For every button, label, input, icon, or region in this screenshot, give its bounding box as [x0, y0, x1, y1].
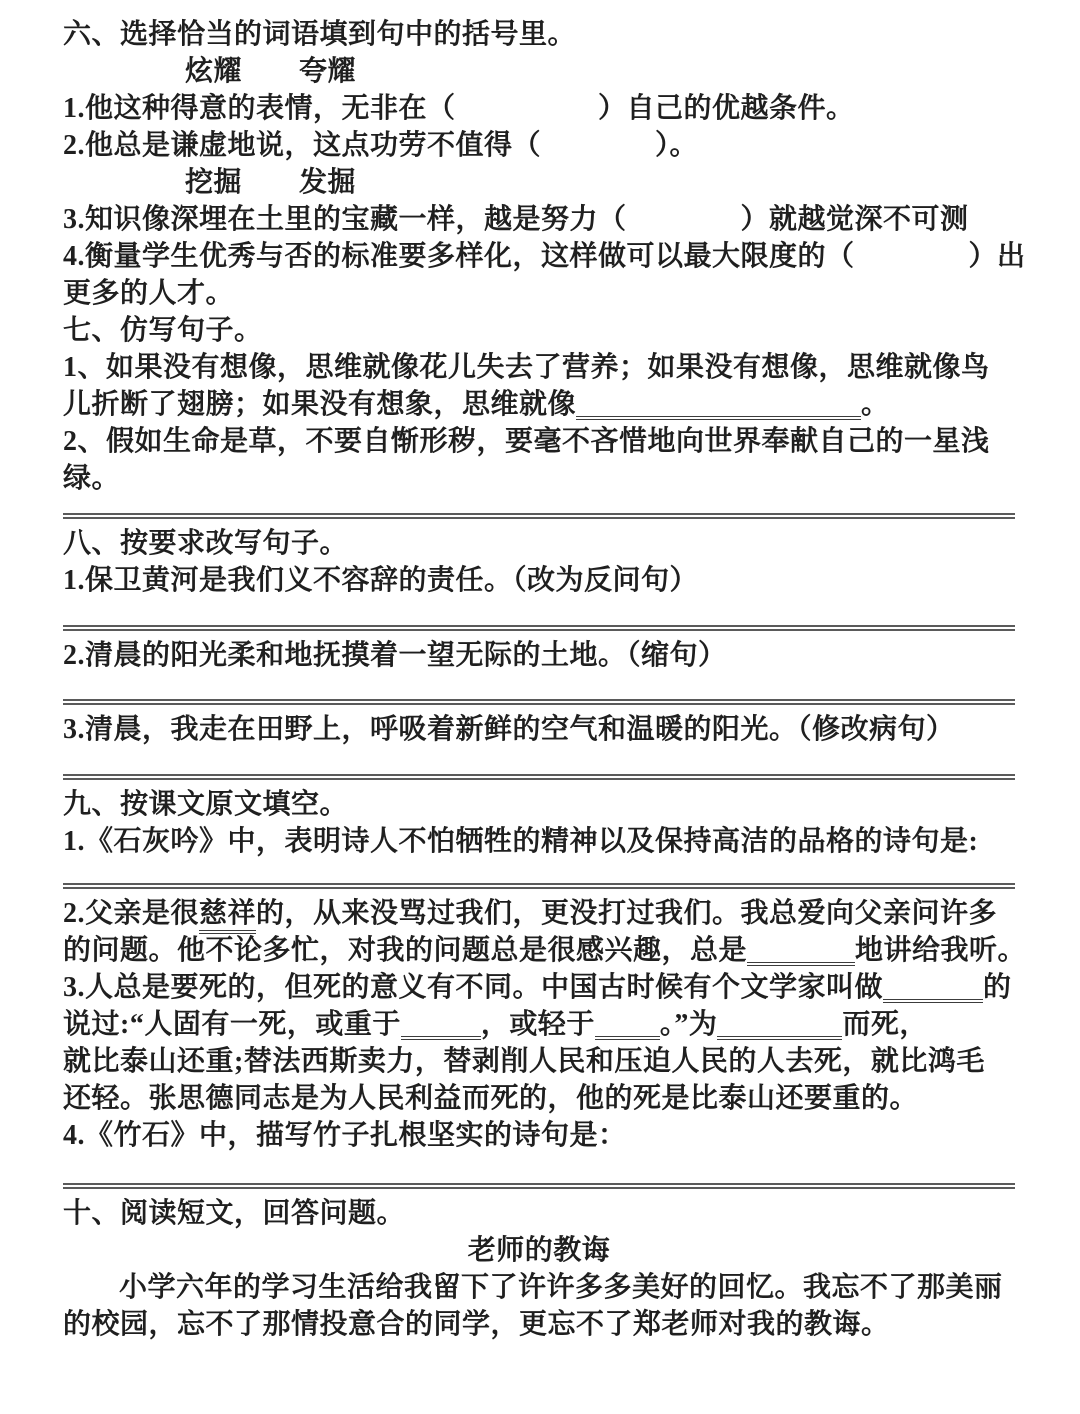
- text-segment: 。: [861, 389, 890, 420]
- text-segment: 3.知识像深埋在土里的宝藏一样，越是努力（ ）就越觉深不可测: [63, 204, 969, 235]
- worksheet-page: { "page": { "background": "#ffffff", "te…: [0, 0, 1080, 1414]
- section-divider: [63, 625, 1015, 631]
- section-8-header: 八、按要求改写句子。: [63, 525, 1015, 562]
- passage-line-1: 小学六年的学习生活给我留下了许许多多美好的回忆。我忘不了那美丽: [63, 1269, 1015, 1306]
- text-segment: 3.人总是要死的，但死的意义有不同。中国古时候有个文学家叫做: [63, 972, 883, 1003]
- text-segment: 老师的教诲: [468, 1235, 611, 1266]
- text-segment: 而死，: [842, 1009, 928, 1040]
- question-9-3: 3.人总是要死的，但死的意义有不同。中国古时候有个文学家叫做的: [63, 969, 1015, 1006]
- text-segment: 1.保卫黄河是我们义不容辞的责任。（改为反问句）: [63, 565, 698, 596]
- question-9-2: 2.父亲是很慈祥的，从来没骂过我们，更没打过我们。我总爱向父亲问许多: [63, 895, 1015, 932]
- section-6-header: 六、选择恰当的词语填到句中的括号里。: [63, 16, 1015, 53]
- question-6-4-cont: 更多的人才。: [63, 275, 1015, 312]
- text-segment: 小学六年的学习生活给我留下了许许多多美好的回忆。我忘不了那美丽: [119, 1272, 1003, 1303]
- text-segment: 炫耀 夸耀: [185, 56, 356, 87]
- section-divider: [63, 883, 1015, 889]
- text-segment: 1、如果没有想像，思维就像花儿失去了营养；如果没有想像，思维就像鸟: [63, 352, 990, 383]
- passage-line-2: 的校园，忘不了那情投意合的同学，更忘不了郑老师对我的教诲。: [63, 1306, 1015, 1343]
- answer-blank-line: [747, 938, 855, 966]
- text-segment: 说过:“人固有一死，或重于: [63, 1009, 401, 1040]
- text-segment: 。”为: [660, 1009, 718, 1040]
- question-9-2-cont: 的问题。他不论多忙，对我的问题总是很感兴趣，总是地讲给我听。: [63, 932, 1015, 969]
- question-7-1-cont: 儿折断了翅膀；如果没有想象，思维就像。: [63, 386, 1015, 423]
- text-segment: 还轻。张思德同志是为人民利益而死的，他的死是比泰山还要重的。: [63, 1083, 918, 1114]
- text-segment: 的校园，忘不了那情投意合的同学，更忘不了郑老师对我的教诲。: [63, 1309, 890, 1340]
- word-options-wajue-fajue: 挖掘 发掘: [63, 164, 1015, 201]
- answer-blank-line: [576, 392, 861, 420]
- section-divider: [63, 699, 1015, 705]
- answer-blank-line: [401, 1012, 481, 1040]
- question-9-3-cont: 说过:“人固有一死，或重于，或轻于。”为而死，: [63, 1006, 1015, 1043]
- question-9-1: 1.《石灰吟》中，表明诗人不怕牺牲的精神以及保持高洁的品格的诗句是:: [63, 823, 1015, 860]
- section-10-header: 十、阅读短文，回答问题。: [63, 1195, 1015, 1232]
- answer-blank-line: [717, 1012, 842, 1040]
- question-6-1: 1.他这种得意的表情，无非在（ ）自己的优越条件。: [63, 90, 1015, 127]
- question-7-2: 2、假如生命是草，不要自惭形秽，要毫不吝惜地向世界奉献自己的一星浅: [63, 423, 1015, 460]
- section-7-header: 七、仿写句子。: [63, 312, 1015, 349]
- document-body: 六、选择恰当的词语填到句中的括号里。炫耀 夸耀1.他这种得意的表情，无非在（ ）…: [63, 0, 1015, 1343]
- text-segment: 绿。: [63, 463, 120, 494]
- text-segment: 更多的人才。: [63, 278, 234, 309]
- question-8-1: 1.保卫黄河是我们义不容辞的责任。（改为反问句）: [63, 562, 1015, 599]
- passage-title: 老师的教诲: [63, 1232, 1015, 1269]
- text-segment: 2.他总是谦虚地说，这点功劳不值得（ ）。: [63, 130, 698, 161]
- question-6-3: 3.知识像深埋在土里的宝藏一样，越是努力（ ）就越觉深不可测: [63, 201, 1015, 238]
- question-6-4: 4.衡量学生优秀与否的标准要多样化，这样做可以最大限度的（ ）出: [63, 238, 1015, 275]
- text-segment: 七、仿写句子。: [63, 315, 263, 346]
- text-segment: 就比泰山还重;替法西斯卖力，替剥削人民和压迫人民的人去死，就比鸿毛: [63, 1046, 985, 1077]
- text-segment: 六、选择恰当的词语填到句中的括号里。: [63, 19, 576, 50]
- text-segment: 3.清晨，我走在田野上，呼吸着新鲜的空气和温暖的阳光。（修改病句）: [63, 714, 955, 745]
- emphasized-word: 慈祥: [199, 898, 256, 934]
- text-segment: 2.清晨的阳光柔和地抚摸着一望无际的土地。（缩句）: [63, 640, 727, 671]
- text-segment: 挖掘 发掘: [185, 167, 356, 198]
- text-segment: 的问题。他不论多忙，对我的问题总是很感兴趣，总是: [63, 935, 747, 966]
- text-segment: 2.父亲是很: [63, 898, 199, 929]
- section-divider: [63, 513, 1015, 519]
- text-segment: 4.衡量学生优秀与否的标准要多样化，这样做可以最大限度的（ ）出: [63, 241, 1026, 272]
- answer-blank-line: [595, 1012, 660, 1040]
- text-segment: 九、按课文原文填空。: [63, 789, 348, 820]
- text-segment: 的，从来没骂过我们，更没打过我们。我总爱向父亲问许多: [256, 898, 997, 929]
- question-9-3-cont2: 就比泰山还重;替法西斯卖力，替剥削人民和压迫人民的人去死，就比鸿毛: [63, 1043, 1015, 1080]
- text-segment: 地讲给我听。: [855, 935, 1026, 966]
- answer-blank-line: [883, 975, 983, 1003]
- question-8-2: 2.清晨的阳光柔和地抚摸着一望无际的土地。（缩句）: [63, 637, 1015, 674]
- text-segment: 儿折断了翅膀；如果没有想象，思维就像: [63, 389, 576, 420]
- question-9-3-cont3: 还轻。张思德同志是为人民利益而死的，他的死是比泰山还要重的。: [63, 1080, 1015, 1117]
- text-segment: 十、阅读短文，回答问题。: [63, 1198, 405, 1229]
- section-9-header: 九、按课文原文填空。: [63, 786, 1015, 823]
- section-divider: [63, 1183, 1015, 1189]
- text-segment: 2、假如生命是草，不要自惭形秽，要毫不吝惜地向世界奉献自己的一星浅: [63, 426, 990, 457]
- text-segment: 4.《竹石》中，描写竹子扎根坚实的诗句是：: [63, 1120, 627, 1151]
- text-segment: 1.他这种得意的表情，无非在（ ）自己的优越条件。: [63, 93, 855, 124]
- text-segment: 八、按要求改写句子。: [63, 528, 348, 559]
- question-9-4: 4.《竹石》中，描写竹子扎根坚实的诗句是：: [63, 1117, 1015, 1154]
- section-divider: [63, 774, 1015, 780]
- question-6-2: 2.他总是谦虚地说，这点功劳不值得（ ）。: [63, 127, 1015, 164]
- question-7-2-cont: 绿。: [63, 460, 1015, 497]
- text-segment: 的: [983, 972, 1012, 1003]
- question-7-1: 1、如果没有想像，思维就像花儿失去了营养；如果没有想像，思维就像鸟: [63, 349, 1015, 386]
- text-segment: 1.《石灰吟》中，表明诗人不怕牺牲的精神以及保持高洁的品格的诗句是:: [63, 826, 978, 857]
- word-options-xuanyao-kuayao: 炫耀 夸耀: [63, 53, 1015, 90]
- text-segment: ，或轻于: [481, 1009, 595, 1040]
- question-8-3: 3.清晨，我走在田野上，呼吸着新鲜的空气和温暖的阳光。（修改病句）: [63, 711, 1015, 748]
